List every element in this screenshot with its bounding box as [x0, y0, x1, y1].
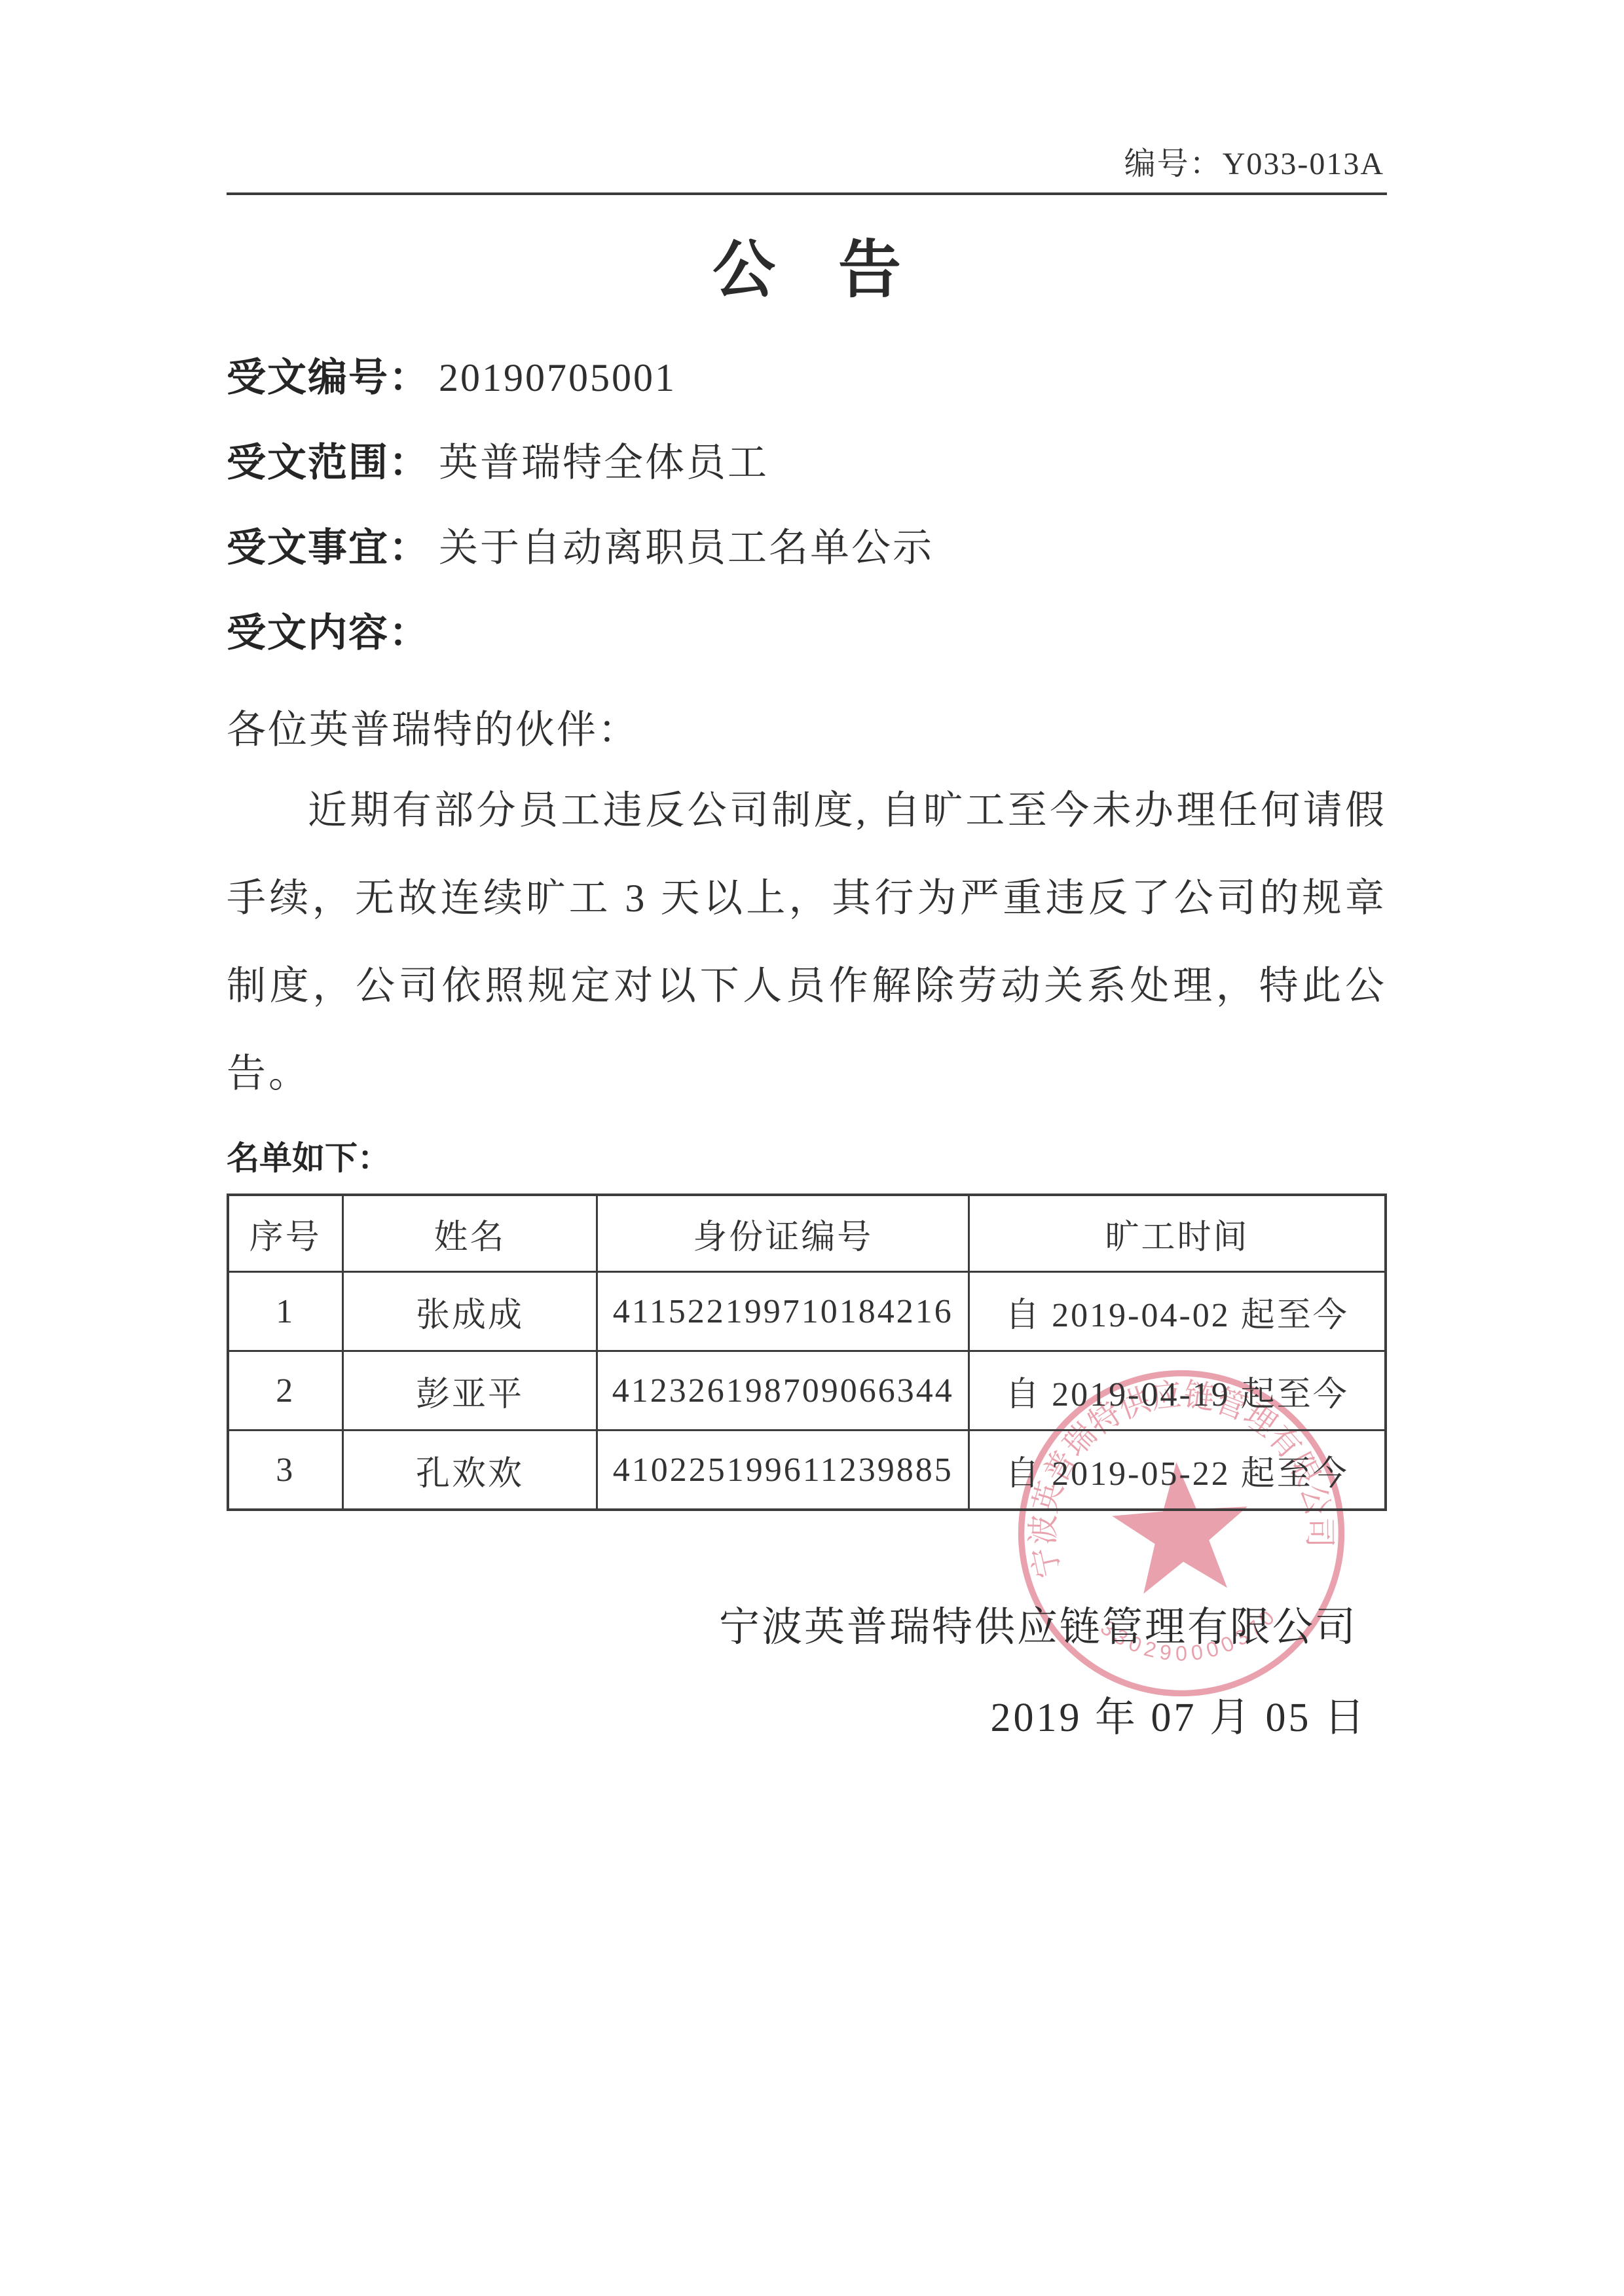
field-row-content: 受文内容：	[227, 608, 1387, 658]
table-cell: 自 2019-04-19 起至今	[969, 1351, 1386, 1430]
absence-table: 序号姓名身份证编号旷工时间 1张成成411522199710184216自 20…	[227, 1194, 1387, 1511]
table-cell: 411522199710184216	[597, 1272, 969, 1351]
table-cell: 412326198709066344	[597, 1351, 969, 1430]
body-paragraph: 近期有部分员工违反公司制度, 自旷工至今未办理任何请假手续，无故连续旷工 3 天…	[227, 767, 1387, 1118]
document-content: 编号：Y033-013A 公 告 受文编号：20190705001 受文范围：英…	[0, 0, 1624, 1744]
table-cell: 2	[228, 1351, 342, 1430]
table-cell: 3	[228, 1430, 342, 1510]
field-row-subject: 受文事宜：关于自动离职员工名单公示	[227, 523, 1387, 573]
table-row: 1张成成411522199710184216自 2019-04-02 起至今	[228, 1272, 1386, 1351]
table-head: 序号姓名身份证编号旷工时间	[228, 1195, 1386, 1272]
table-cell: 自 2019-04-02 起至今	[969, 1272, 1386, 1351]
field-label: 受文内容：	[227, 611, 430, 655]
table-header-row: 序号姓名身份证编号旷工时间	[228, 1195, 1386, 1272]
table-row: 2彭亚平412326198709066344自 2019-04-19 起至今	[228, 1351, 1386, 1430]
signature-date: 2019 年 07 月 05 日	[227, 1692, 1367, 1744]
table-cell: 自 2019-05-22 起至今	[969, 1430, 1386, 1510]
table-body: 1张成成411522199710184216自 2019-04-02 起至今2彭…	[228, 1272, 1386, 1510]
field-label: 受文事宜：	[227, 526, 430, 570]
signature-block: 宁波英普瑞特供应链管理有限公司 2019 年 07 月 05 日	[227, 1601, 1387, 1744]
field-value: 关于自动离职员工名单公示	[439, 526, 934, 570]
table-header-cell: 序号	[228, 1195, 342, 1272]
header-divider	[227, 192, 1387, 195]
field-label: 受文编号：	[227, 355, 430, 399]
field-row-doc-number: 受文编号：20190705001	[227, 353, 1387, 403]
doc-ref-label: 编号：	[1124, 147, 1223, 181]
doc-ref-line: 编号：Y033-013A	[227, 145, 1387, 183]
signature-company: 宁波英普瑞特供应链管理有限公司	[227, 1601, 1357, 1654]
page-title: 公 告	[227, 231, 1387, 310]
table-cell: 彭亚平	[342, 1351, 597, 1430]
table-cell: 410225199611239885	[597, 1430, 969, 1510]
table-header-cell: 旷工时间	[969, 1195, 1386, 1272]
doc-ref-value: Y033-013A	[1223, 147, 1384, 181]
document-page: 宁波英普瑞特供应链管理有限公司 3302900003708 编号：Y033-01…	[0, 0, 1624, 2296]
field-row-scope: 受文范围：英普瑞特全体员工	[227, 438, 1387, 488]
salutation: 各位英普瑞特的伙伴：	[227, 704, 1387, 756]
field-value: 20190705001	[439, 356, 676, 399]
table-row: 3孔欢欢410225199611239885自 2019-05-22 起至今	[228, 1430, 1386, 1510]
field-value: 英普瑞特全体员工	[439, 441, 769, 484]
table-header-cell: 身份证编号	[597, 1195, 969, 1272]
table-cell: 孔欢欢	[342, 1430, 597, 1510]
table-cell: 张成成	[342, 1272, 597, 1351]
field-label: 受文范围：	[227, 441, 430, 484]
table-header-cell: 姓名	[342, 1195, 597, 1272]
meta-fields: 受文编号：20190705001 受文范围：英普瑞特全体员工 受文事宜：关于自动…	[227, 353, 1387, 658]
table-cell: 1	[228, 1272, 342, 1351]
list-label: 名单如下：	[227, 1137, 1387, 1179]
